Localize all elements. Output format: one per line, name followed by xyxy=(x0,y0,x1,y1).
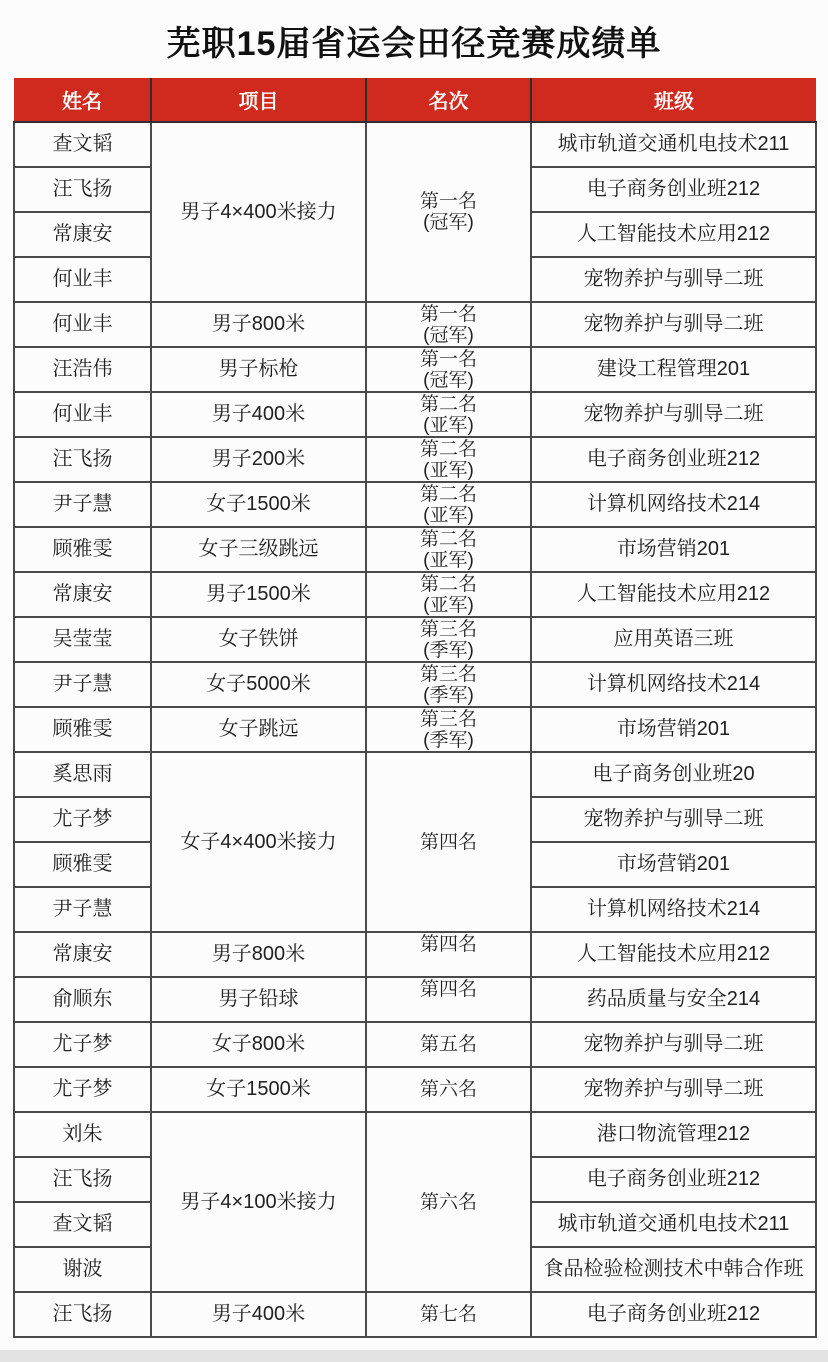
name-cell: 汪飞扬 xyxy=(14,167,151,212)
header-event: 项目 xyxy=(151,78,366,122)
class-cell: 城市轨道交通机电技术211 xyxy=(531,122,816,167)
rank-cell: 第三名(季军) xyxy=(366,662,531,707)
table-row: 查文韬男子4×400米接力第一名(冠军)城市轨道交通机电技术211 xyxy=(14,122,816,167)
header-class: 班级 xyxy=(531,78,816,122)
name-cell: 谢波 xyxy=(14,1247,151,1292)
rank-medal-label: (亚军) xyxy=(367,505,530,526)
event-cell: 女子铁饼 xyxy=(151,617,366,662)
event-cell: 男子200米 xyxy=(151,437,366,482)
name-cell: 查文韬 xyxy=(14,1202,151,1247)
rank-label: 第四名 xyxy=(367,979,530,1000)
name-cell: 汪飞扬 xyxy=(14,437,151,482)
event-cell: 男子铅球 xyxy=(151,977,366,1022)
event-cell: 女子三级跳远 xyxy=(151,527,366,572)
header-rank: 名次 xyxy=(366,78,531,122)
name-cell: 汪浩伟 xyxy=(14,347,151,392)
class-cell: 计算机网络技术214 xyxy=(531,887,816,932)
name-cell: 尹子慧 xyxy=(14,662,151,707)
table-row: 吴莹莹女子铁饼第三名(季军)应用英语三班 xyxy=(14,617,816,662)
class-cell: 城市轨道交通机电技术211 xyxy=(531,1202,816,1247)
page-title: 芜职15届省运会田径竞赛成绩单 xyxy=(0,0,828,78)
table-row: 顾雅雯女子三级跳远第二名(亚军)市场营销201 xyxy=(14,527,816,572)
rank-medal-label: (冠军) xyxy=(367,212,530,233)
table-row: 何业丰男子400米第二名(亚军)宠物养护与驯导二班 xyxy=(14,392,816,437)
rank-label: 第二名 xyxy=(367,484,530,505)
rank-label: 第四名 xyxy=(367,934,530,955)
name-cell: 俞顺东 xyxy=(14,977,151,1022)
event-cell: 男子1500米 xyxy=(151,572,366,617)
name-cell: 常康安 xyxy=(14,932,151,977)
class-cell: 电子商务创业班212 xyxy=(531,437,816,482)
class-cell: 电子商务创业班212 xyxy=(531,1292,816,1337)
name-cell: 顾雅雯 xyxy=(14,842,151,887)
name-cell: 刘朱 xyxy=(14,1112,151,1157)
class-cell: 应用英语三班 xyxy=(531,617,816,662)
rank-label: 第六名 xyxy=(367,1192,530,1213)
rank-label: 第一名 xyxy=(367,304,530,325)
class-cell: 食品检验检测技术中韩合作班 xyxy=(531,1247,816,1292)
event-cell: 男子400米 xyxy=(151,392,366,437)
event-cell: 女子800米 xyxy=(151,1022,366,1067)
rank-label: 第二名 xyxy=(367,394,530,415)
event-cell: 女子跳远 xyxy=(151,707,366,752)
rank-cell: 第二名(亚军) xyxy=(366,527,531,572)
table-row: 尤子梦女子800米第五名宠物养护与驯导二班 xyxy=(14,1022,816,1067)
rank-label: 第六名 xyxy=(367,1079,530,1100)
rank-cell: 第一名(冠军) xyxy=(366,122,531,302)
rank-cell: 第五名 xyxy=(366,1022,531,1067)
class-cell: 电子商务创业班212 xyxy=(531,1157,816,1202)
table-row: 顾雅雯女子跳远第三名(季军)市场营销201 xyxy=(14,707,816,752)
name-cell: 顾雅雯 xyxy=(14,707,151,752)
rank-label: 第二名 xyxy=(367,529,530,550)
class-cell: 计算机网络技术214 xyxy=(531,662,816,707)
class-cell: 人工智能技术应用212 xyxy=(531,212,816,257)
results-body: 查文韬男子4×400米接力第一名(冠军)城市轨道交通机电技术211汪飞扬电子商务… xyxy=(14,122,816,1337)
name-cell: 顾雅雯 xyxy=(14,527,151,572)
rank-cell: 第四名 xyxy=(366,752,531,932)
name-cell: 何业丰 xyxy=(14,257,151,302)
header-name: 姓名 xyxy=(14,78,151,122)
rank-medal-label: (亚军) xyxy=(367,415,530,436)
name-cell: 何业丰 xyxy=(14,302,151,347)
rank-medal-label: (亚军) xyxy=(367,550,530,571)
rank-medal-label: (季军) xyxy=(367,640,530,661)
name-cell: 尤子梦 xyxy=(14,797,151,842)
class-cell: 港口物流管理212 xyxy=(531,1112,816,1157)
rank-cell: 第二名(亚军) xyxy=(366,572,531,617)
header-row: 姓名 项目 名次 班级 xyxy=(14,78,816,122)
document-page: 芜职15届省运会田径竞赛成绩单 姓名 项目 名次 班级 查文韬男子4×400米接… xyxy=(0,0,828,1362)
rank-label: 第五名 xyxy=(367,1034,530,1055)
class-cell: 市场营销201 xyxy=(531,707,816,752)
rank-cell: 第一名(冠军) xyxy=(366,347,531,392)
table-row: 奚思雨女子4×400米接力第四名电子商务创业班20 xyxy=(14,752,816,797)
rank-label: 第三名 xyxy=(367,664,530,685)
event-cell: 女子5000米 xyxy=(151,662,366,707)
rank-medal-label: (冠军) xyxy=(367,325,530,346)
name-cell: 查文韬 xyxy=(14,122,151,167)
rank-cell: 第二名(亚军) xyxy=(366,437,531,482)
class-cell: 电子商务创业班212 xyxy=(531,167,816,212)
rank-label: 第三名 xyxy=(367,709,530,730)
table-row: 何业丰男子800米第一名(冠军)宠物养护与驯导二班 xyxy=(14,302,816,347)
rank-cell: 第二名(亚军) xyxy=(366,392,531,437)
name-cell: 尹子慧 xyxy=(14,887,151,932)
class-cell: 宠物养护与驯导二班 xyxy=(531,302,816,347)
rank-cell: 第二名(亚军) xyxy=(366,482,531,527)
rank-label: 第三名 xyxy=(367,619,530,640)
class-cell: 宠物养护与驯导二班 xyxy=(531,392,816,437)
class-cell: 计算机网络技术214 xyxy=(531,482,816,527)
rank-cell: 第三名(季军) xyxy=(366,617,531,662)
class-cell: 人工智能技术应用212 xyxy=(531,572,816,617)
table-row: 刘朱男子4×100米接力第六名港口物流管理212 xyxy=(14,1112,816,1157)
class-cell: 人工智能技术应用212 xyxy=(531,932,816,977)
table-row: 尹子慧女子5000米第三名(季军)计算机网络技术214 xyxy=(14,662,816,707)
class-cell: 市场营销201 xyxy=(531,842,816,887)
rank-cell: 第六名 xyxy=(366,1112,531,1292)
class-cell: 宠物养护与驯导二班 xyxy=(531,257,816,302)
event-cell: 女子1500米 xyxy=(151,1067,366,1112)
rank-medal-label: (亚军) xyxy=(367,460,530,481)
class-cell: 市场营销201 xyxy=(531,527,816,572)
event-cell: 女子4×400米接力 xyxy=(151,752,366,932)
rank-medal-label: (亚军) xyxy=(367,595,530,616)
rank-cell: 第一名(冠军) xyxy=(366,302,531,347)
rank-label: 第七名 xyxy=(367,1304,530,1325)
table-row: 俞顺东男子铅球第四名药品质量与安全214 xyxy=(14,977,816,1022)
photo-bottom-edge xyxy=(0,1350,828,1362)
event-cell: 男子4×100米接力 xyxy=(151,1112,366,1292)
rank-cell: 第七名 xyxy=(366,1292,531,1337)
name-cell: 常康安 xyxy=(14,572,151,617)
name-cell: 汪飞扬 xyxy=(14,1157,151,1202)
rank-label: 第四名 xyxy=(367,832,530,853)
event-cell: 男子标枪 xyxy=(151,347,366,392)
class-cell: 建设工程管理201 xyxy=(531,347,816,392)
name-cell: 奚思雨 xyxy=(14,752,151,797)
class-cell: 宠物养护与驯导二班 xyxy=(531,1067,816,1112)
name-cell: 尤子梦 xyxy=(14,1022,151,1067)
table-row: 汪浩伟男子标枪第一名(冠军)建设工程管理201 xyxy=(14,347,816,392)
rank-cell: 第三名(季军) xyxy=(366,707,531,752)
class-cell: 宠物养护与驯导二班 xyxy=(531,1022,816,1067)
event-cell: 男子4×400米接力 xyxy=(151,122,366,302)
rank-cell: 第四名 xyxy=(366,977,531,1022)
rank-label: 第一名 xyxy=(367,191,530,212)
event-cell: 男子800米 xyxy=(151,932,366,977)
table-row: 常康安男子800米第四名人工智能技术应用212 xyxy=(14,932,816,977)
event-cell: 男子800米 xyxy=(151,302,366,347)
table-row: 尹子慧女子1500米第二名(亚军)计算机网络技术214 xyxy=(14,482,816,527)
rank-label: 第二名 xyxy=(367,439,530,460)
event-cell: 男子400米 xyxy=(151,1292,366,1337)
name-cell: 何业丰 xyxy=(14,392,151,437)
name-cell: 尤子梦 xyxy=(14,1067,151,1112)
rank-cell: 第四名 xyxy=(366,932,531,977)
class-cell: 药品质量与安全214 xyxy=(531,977,816,1022)
results-table: 姓名 项目 名次 班级 查文韬男子4×400米接力第一名(冠军)城市轨道交通机电… xyxy=(13,78,817,1338)
class-cell: 宠物养护与驯导二班 xyxy=(531,797,816,842)
table-row: 汪飞扬男子400米第七名电子商务创业班212 xyxy=(14,1292,816,1337)
event-cell: 女子1500米 xyxy=(151,482,366,527)
table-row: 尤子梦女子1500米第六名宠物养护与驯导二班 xyxy=(14,1067,816,1112)
rank-medal-label: (季军) xyxy=(367,730,530,751)
name-cell: 尹子慧 xyxy=(14,482,151,527)
name-cell: 汪飞扬 xyxy=(14,1292,151,1337)
table-row: 汪飞扬男子200米第二名(亚军)电子商务创业班212 xyxy=(14,437,816,482)
rank-medal-label: (季军) xyxy=(367,685,530,706)
rank-medal-label: (冠军) xyxy=(367,370,530,391)
name-cell: 常康安 xyxy=(14,212,151,257)
rank-label: 第二名 xyxy=(367,574,530,595)
rank-label: 第一名 xyxy=(367,349,530,370)
name-cell: 吴莹莹 xyxy=(14,617,151,662)
class-cell: 电子商务创业班20 xyxy=(531,752,816,797)
table-row: 常康安男子1500米第二名(亚军)人工智能技术应用212 xyxy=(14,572,816,617)
rank-cell: 第六名 xyxy=(366,1067,531,1112)
